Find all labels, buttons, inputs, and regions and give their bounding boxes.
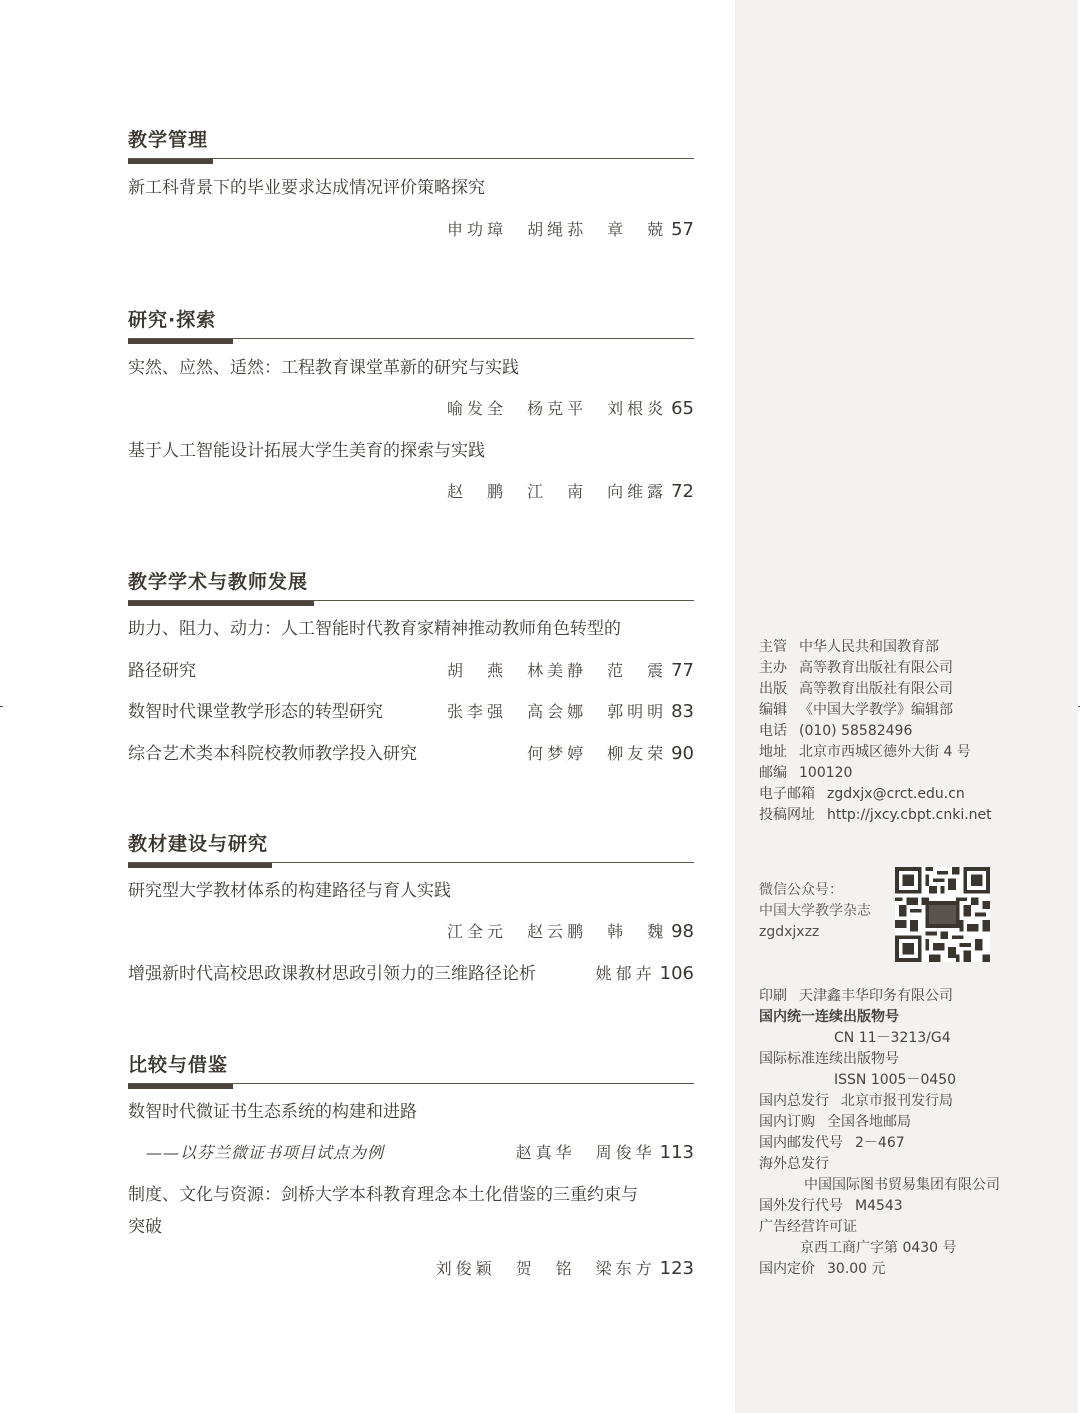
- toc-section-teaching-management: 教学管理 新工科背景下的毕业要求达成情况评价策略探究 申功璋 胡绳荪 章 兢 5…: [128, 128, 694, 168]
- toc-entry-cont[interactable]: 突破: [128, 1213, 694, 1241]
- article-title[interactable]: 数智时代课堂教学形态的转型研究: [128, 698, 383, 726]
- info-row-editor: 编辑《中国大学教学》编辑部: [759, 700, 992, 721]
- publication-info: 主管中华人民共和国教育部 主办高等教育出版社有限公司 出版高等教育出版社有限公司…: [759, 637, 992, 826]
- info-row-supervisor: 主管中华人民共和国教育部: [759, 637, 992, 658]
- page-number[interactable]: 72: [671, 478, 694, 506]
- info-label: 主管: [759, 637, 787, 658]
- info-row-sponsor: 主办高等教育出版社有限公司: [759, 658, 992, 679]
- toc-entry-byline: 喻发全 杨克平 刘根炎 65: [128, 395, 694, 423]
- article-title[interactable]: 基于人工智能设计拓展大学生美育的探索与实践: [128, 437, 485, 465]
- author: 梁东方: [596, 1255, 656, 1283]
- author: 贺 铭: [516, 1255, 576, 1283]
- author: 江 南: [527, 478, 587, 506]
- author: 姚郁卉: [596, 960, 656, 988]
- info-value: 高等教育出版社有限公司: [799, 681, 953, 697]
- info-label: 邮编: [759, 763, 787, 784]
- article-title-continued[interactable]: 路径研究: [128, 657, 196, 685]
- section-accent-bar: [128, 159, 213, 164]
- info-value: 100120: [799, 765, 852, 781]
- toc-entry[interactable]: 助力、阻力、动力：人工智能时代教育家精神推动教师角色转型的: [128, 615, 694, 643]
- section-accent-bar: [128, 601, 314, 606]
- info-value: 2－467: [855, 1135, 905, 1151]
- info-value: ISSN 1005－0450: [834, 1072, 956, 1088]
- info-row-foreign-code: 国外发行代号M4543: [759, 1196, 1000, 1217]
- info-row-submission-url: 投稿网址http://jxcy.cbpt.cnki.net: [759, 805, 992, 826]
- info-value: 中国国际图书贸易集团有限公司: [804, 1177, 1000, 1193]
- author: 郭明明: [607, 698, 667, 726]
- info-value: M4543: [855, 1198, 903, 1214]
- info-label: 海外总发行: [759, 1154, 829, 1175]
- crop-mark-left: [0, 706, 3, 707]
- article-title[interactable]: 制度、文化与资源：剑桥大学本科教育理念本土化借鉴的三重约束与: [128, 1181, 638, 1209]
- info-label: 主办: [759, 658, 787, 679]
- author: 张李强: [447, 698, 507, 726]
- toc-entry[interactable]: 数智时代微证书生态系统的构建和进路: [128, 1098, 694, 1126]
- info-row-overseas-value: 中国国际图书贸易集团有限公司: [759, 1175, 1000, 1196]
- section-accent-bar: [128, 863, 272, 868]
- author: 赵 鹏: [447, 478, 507, 506]
- toc-entry-byline: 申功璋 胡绳荪 章 兢 57: [128, 216, 694, 244]
- info-row-domestic-distribution: 国内总发行北京市报刊发行局: [759, 1091, 1000, 1112]
- page-number[interactable]: 77: [671, 657, 694, 685]
- toc-entry-byline: 江全元 赵云鹏 韩 魏 98: [128, 918, 694, 946]
- wechat-qr-code-icon[interactable]: [895, 867, 990, 962]
- info-row-printer: 印刷天津鑫丰华印务有限公司: [759, 986, 1000, 1007]
- info-value: 《中国大学教学》编辑部: [799, 702, 953, 718]
- info-value: 30.00 元: [827, 1261, 886, 1277]
- submission-link[interactable]: http://jxcy.cbpt.cnki.net: [827, 807, 992, 823]
- article-title[interactable]: 新工科背景下的毕业要求达成情况评价策略探究: [128, 174, 485, 202]
- section-title: 教学学术与教师发展: [128, 570, 308, 594]
- page-number[interactable]: 113: [660, 1139, 694, 1167]
- section-header: 教材建设与研究: [128, 832, 694, 872]
- toc-section-research-exploration: 研究·探索 实然、应然、适然：工程教育课堂革新的研究与实践 喻发全 杨克平 刘根…: [128, 308, 694, 348]
- info-value: 中华人民共和国教育部: [799, 639, 939, 655]
- page-number[interactable]: 83: [671, 698, 694, 726]
- email-link[interactable]: zgdxjx@crct.edu.cn: [827, 786, 965, 802]
- wechat-label: 微信公众号：: [759, 880, 871, 901]
- info-label: 电子邮箱: [759, 784, 815, 805]
- publication-sidebar: 主管中华人民共和国教育部 主办高等教育出版社有限公司 出版高等教育出版社有限公司…: [735, 0, 1078, 1413]
- info-value: CN 11－3213/G4: [834, 1030, 951, 1046]
- info-label: 出版: [759, 679, 787, 700]
- toc-entry-byline: 刘俊颖 贺 铭 梁东方 123: [128, 1255, 694, 1283]
- info-label: 电话: [759, 721, 787, 742]
- toc-entry-subtitle[interactable]: ——以芬兰微证书项目试点为例 赵真华 周俊华 113: [128, 1139, 694, 1167]
- author: 范 震: [607, 657, 667, 685]
- page-number[interactable]: 123: [660, 1255, 694, 1283]
- author: 韩 魏: [607, 918, 667, 946]
- info-value: 京西工商广字第 0430 号: [800, 1240, 957, 1256]
- article-title[interactable]: 数智时代微证书生态系统的构建和进路: [128, 1098, 417, 1126]
- info-value: (010) 58582496: [799, 723, 912, 739]
- wechat-id: zgdxjxzz: [759, 922, 871, 943]
- toc-section-textbook-development: 教材建设与研究 研究型大学教材体系的构建路径与育人实践 江全元 赵云鹏 韩 魏 …: [128, 832, 694, 872]
- info-row-phone: 电话(010) 58582496: [759, 721, 992, 742]
- toc-entry[interactable]: 数智时代课堂教学形态的转型研究 张李强 高会娜 郭明明 83: [128, 698, 694, 726]
- article-title[interactable]: 增强新时代高校思政课教材思政引领力的三维路径论析: [128, 960, 536, 988]
- toc-entry[interactable]: 综合艺术类本科院校教师教学投入研究 何梦婷 柳友荣 90: [128, 740, 694, 768]
- article-title-continued[interactable]: 突破: [128, 1213, 162, 1241]
- author: 章 兢: [607, 216, 667, 244]
- section-header: 研究·探索: [128, 308, 694, 348]
- section-header: 教学学术与教师发展: [128, 570, 694, 610]
- info-label: 国内邮发代号: [759, 1133, 843, 1154]
- info-row-ad-license-value: 京西工商广字第 0430 号: [759, 1238, 1000, 1259]
- page-number[interactable]: 90: [671, 740, 694, 768]
- author: 申功璋: [447, 216, 507, 244]
- article-title[interactable]: 助力、阻力、动力：人工智能时代教育家精神推动教师角色转型的: [128, 615, 621, 643]
- info-value: 全国各地邮局: [827, 1114, 911, 1130]
- toc-entry[interactable]: 制度、文化与资源：剑桥大学本科教育理念本土化借鉴的三重约束与: [128, 1181, 694, 1209]
- author: 高会娜: [527, 698, 587, 726]
- article-subtitle[interactable]: ——以芬兰微证书项目试点为例: [146, 1139, 384, 1167]
- section-header: 比较与借鉴: [128, 1053, 694, 1093]
- author: 刘根炎: [607, 395, 667, 423]
- author: 胡 燕: [447, 657, 507, 685]
- author: 何梦婷: [527, 740, 587, 768]
- author: 赵真华: [516, 1139, 576, 1167]
- info-label: 印刷: [759, 986, 787, 1007]
- section-title: 教材建设与研究: [128, 832, 268, 856]
- author: 杨克平: [527, 395, 587, 423]
- info-value: 天津鑫丰华印务有限公司: [799, 988, 953, 1004]
- author: 赵云鹏: [527, 918, 587, 946]
- toc-section-comparison: 比较与借鉴 数智时代微证书生态系统的构建和进路 ——以芬兰微证书项目试点为例 赵…: [128, 1053, 694, 1093]
- author: 胡绳荪: [527, 216, 587, 244]
- info-label: 投稿网址: [759, 805, 815, 826]
- info-row-email: 电子邮箱zgdxjx@crct.edu.cn: [759, 784, 992, 805]
- info-label: 国内订购: [759, 1112, 815, 1133]
- page-number[interactable]: 57: [671, 216, 694, 244]
- toc-entry-byline: 赵 鹏 江 南 向维露 72: [128, 478, 694, 506]
- page-number[interactable]: 106: [660, 960, 694, 988]
- print-info: 印刷天津鑫丰华印务有限公司 国内统一连续出版物号 CN 11－3213/G4 国…: [759, 986, 1000, 1280]
- info-row-subscription: 国内订购全国各地邮局: [759, 1112, 1000, 1133]
- toc-entry[interactable]: 基于人工智能设计拓展大学生美育的探索与实践: [128, 437, 694, 465]
- section-accent-bar: [128, 339, 233, 344]
- author: 向维露: [607, 478, 667, 506]
- toc-entry[interactable]: 增强新时代高校思政课教材思政引领力的三维路径论析 姚郁卉 106: [128, 960, 694, 988]
- info-row-cn-label: 国内统一连续出版物号: [759, 1007, 1000, 1028]
- info-row-issn-label: 国际标准连续出版物号: [759, 1049, 1000, 1070]
- info-row-address: 地址北京市西城区德外大街 4 号: [759, 742, 992, 763]
- info-label: 国内统一连续出版物号: [759, 1007, 899, 1028]
- info-row-overseas-label: 海外总发行: [759, 1154, 1000, 1175]
- wechat-name: 中国大学教学杂志: [759, 901, 871, 922]
- info-label: 编辑: [759, 700, 787, 721]
- info-label: 国内定价: [759, 1259, 815, 1280]
- author: 林美静: [527, 657, 587, 685]
- author: 柳友荣: [607, 740, 667, 768]
- author: 刘俊颖: [436, 1255, 496, 1283]
- toc-section-teaching-scholarship: 教学学术与教师发展 助力、阻力、动力：人工智能时代教育家精神推动教师角色转型的 …: [128, 570, 694, 610]
- section-title: 比较与借鉴: [128, 1053, 228, 1077]
- section-header: 教学管理: [128, 128, 694, 168]
- wechat-info: 微信公众号： 中国大学教学杂志 zgdxjxzz: [759, 880, 871, 943]
- toc-entry[interactable]: 实然、应然、适然：工程教育课堂革新的研究与实践: [128, 354, 694, 382]
- toc-entry[interactable]: 新工科背景下的毕业要求达成情况评价策略探究: [128, 174, 694, 202]
- info-row-postcode: 邮编100120: [759, 763, 992, 784]
- toc-entry-cont[interactable]: 路径研究 胡 燕 林美静 范 震 77: [128, 657, 694, 685]
- info-value: 北京市西城区德外大街 4 号: [799, 744, 971, 760]
- info-label: 国际标准连续出版物号: [759, 1049, 899, 1070]
- info-label: 地址: [759, 742, 787, 763]
- author: 喻发全: [447, 395, 507, 423]
- info-row-ad-license-label: 广告经营许可证: [759, 1217, 1000, 1238]
- article-title[interactable]: 研究型大学教材体系的构建路径与育人实践: [128, 877, 451, 905]
- info-row-cn-value: CN 11－3213/G4: [759, 1028, 1000, 1049]
- info-label: 国内总发行: [759, 1091, 829, 1112]
- info-row-price: 国内定价30.00 元: [759, 1259, 1000, 1280]
- info-row-postal-code: 国内邮发代号2－467: [759, 1133, 1000, 1154]
- section-title: 教学管理: [128, 128, 208, 152]
- info-row-issn-value: ISSN 1005－0450: [759, 1070, 1000, 1091]
- article-title[interactable]: 实然、应然、适然：工程教育课堂革新的研究与实践: [128, 354, 519, 382]
- info-label: 广告经营许可证: [759, 1217, 857, 1238]
- toc-entry[interactable]: 研究型大学教材体系的构建路径与育人实践: [128, 877, 694, 905]
- info-row-publisher: 出版高等教育出版社有限公司: [759, 679, 992, 700]
- section-accent-bar: [128, 1084, 233, 1089]
- section-title: 研究·探索: [128, 308, 216, 332]
- info-value: 北京市报刊发行局: [841, 1093, 953, 1109]
- author: 周俊华: [596, 1139, 656, 1167]
- article-title[interactable]: 综合艺术类本科院校教师教学投入研究: [128, 740, 417, 768]
- author: 江全元: [447, 918, 507, 946]
- page-number[interactable]: 65: [671, 395, 694, 423]
- info-label: 国外发行代号: [759, 1196, 843, 1217]
- page-number[interactable]: 98: [671, 918, 694, 946]
- info-value: 高等教育出版社有限公司: [799, 660, 953, 676]
